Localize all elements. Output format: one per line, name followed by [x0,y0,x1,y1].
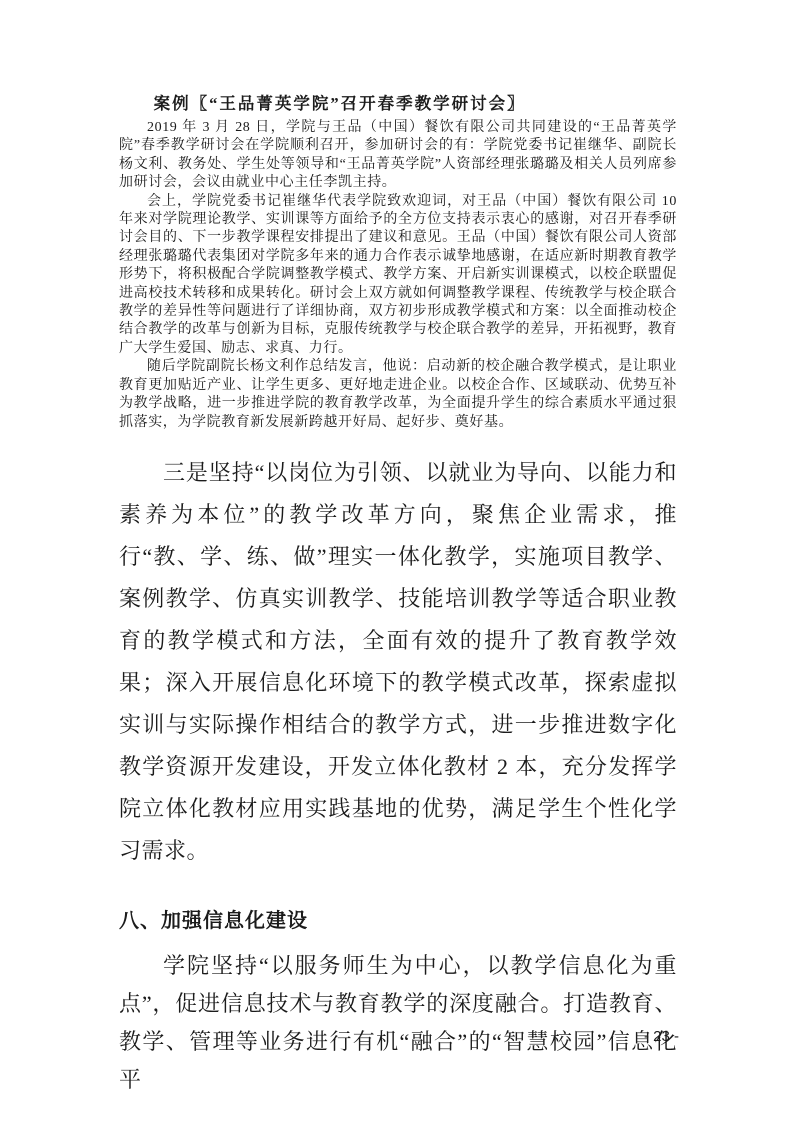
body-paragraph: 三是坚持“以岗位为引领、以就业为导向、以能力和素养为本位”的教学改革方向，聚焦企… [119,452,677,872]
document-page: 案例〖“王品菁英学院”召开春季教学研讨会〗 2019 年 3 月 28 日，学院… [0,0,793,1123]
section-paragraph: 学院坚持“以服务师生为中心，以教学信息化为重点”，促进信息技术与教育教学的深度融… [119,947,677,1099]
case-study-heading: 案例〖“王品菁英学院”召开春季教学研讨会〗 [119,90,677,114]
case-paragraph-1: 2019 年 3 月 28 日，学院与王品（中国）餐饮有限公司共同建设的“王品菁… [119,119,677,193]
case-paragraph-3: 随后学院副院长杨文利作总结发言，他说：启动新的校企融合教学模式，是让职业教育更加… [119,358,677,432]
section-heading: 八、加强信息化建设 [119,904,677,933]
case-paragraph-2: 会上，学院党委书记崔继华代表学院致欢迎词，对王品（中国）餐饮有限公司 10 年来… [119,193,677,359]
page-number: - 23 - [644,1028,679,1045]
page-content: 案例〖“王品菁英学院”召开春季教学研讨会〗 2019 年 3 月 28 日，学院… [0,0,793,1099]
